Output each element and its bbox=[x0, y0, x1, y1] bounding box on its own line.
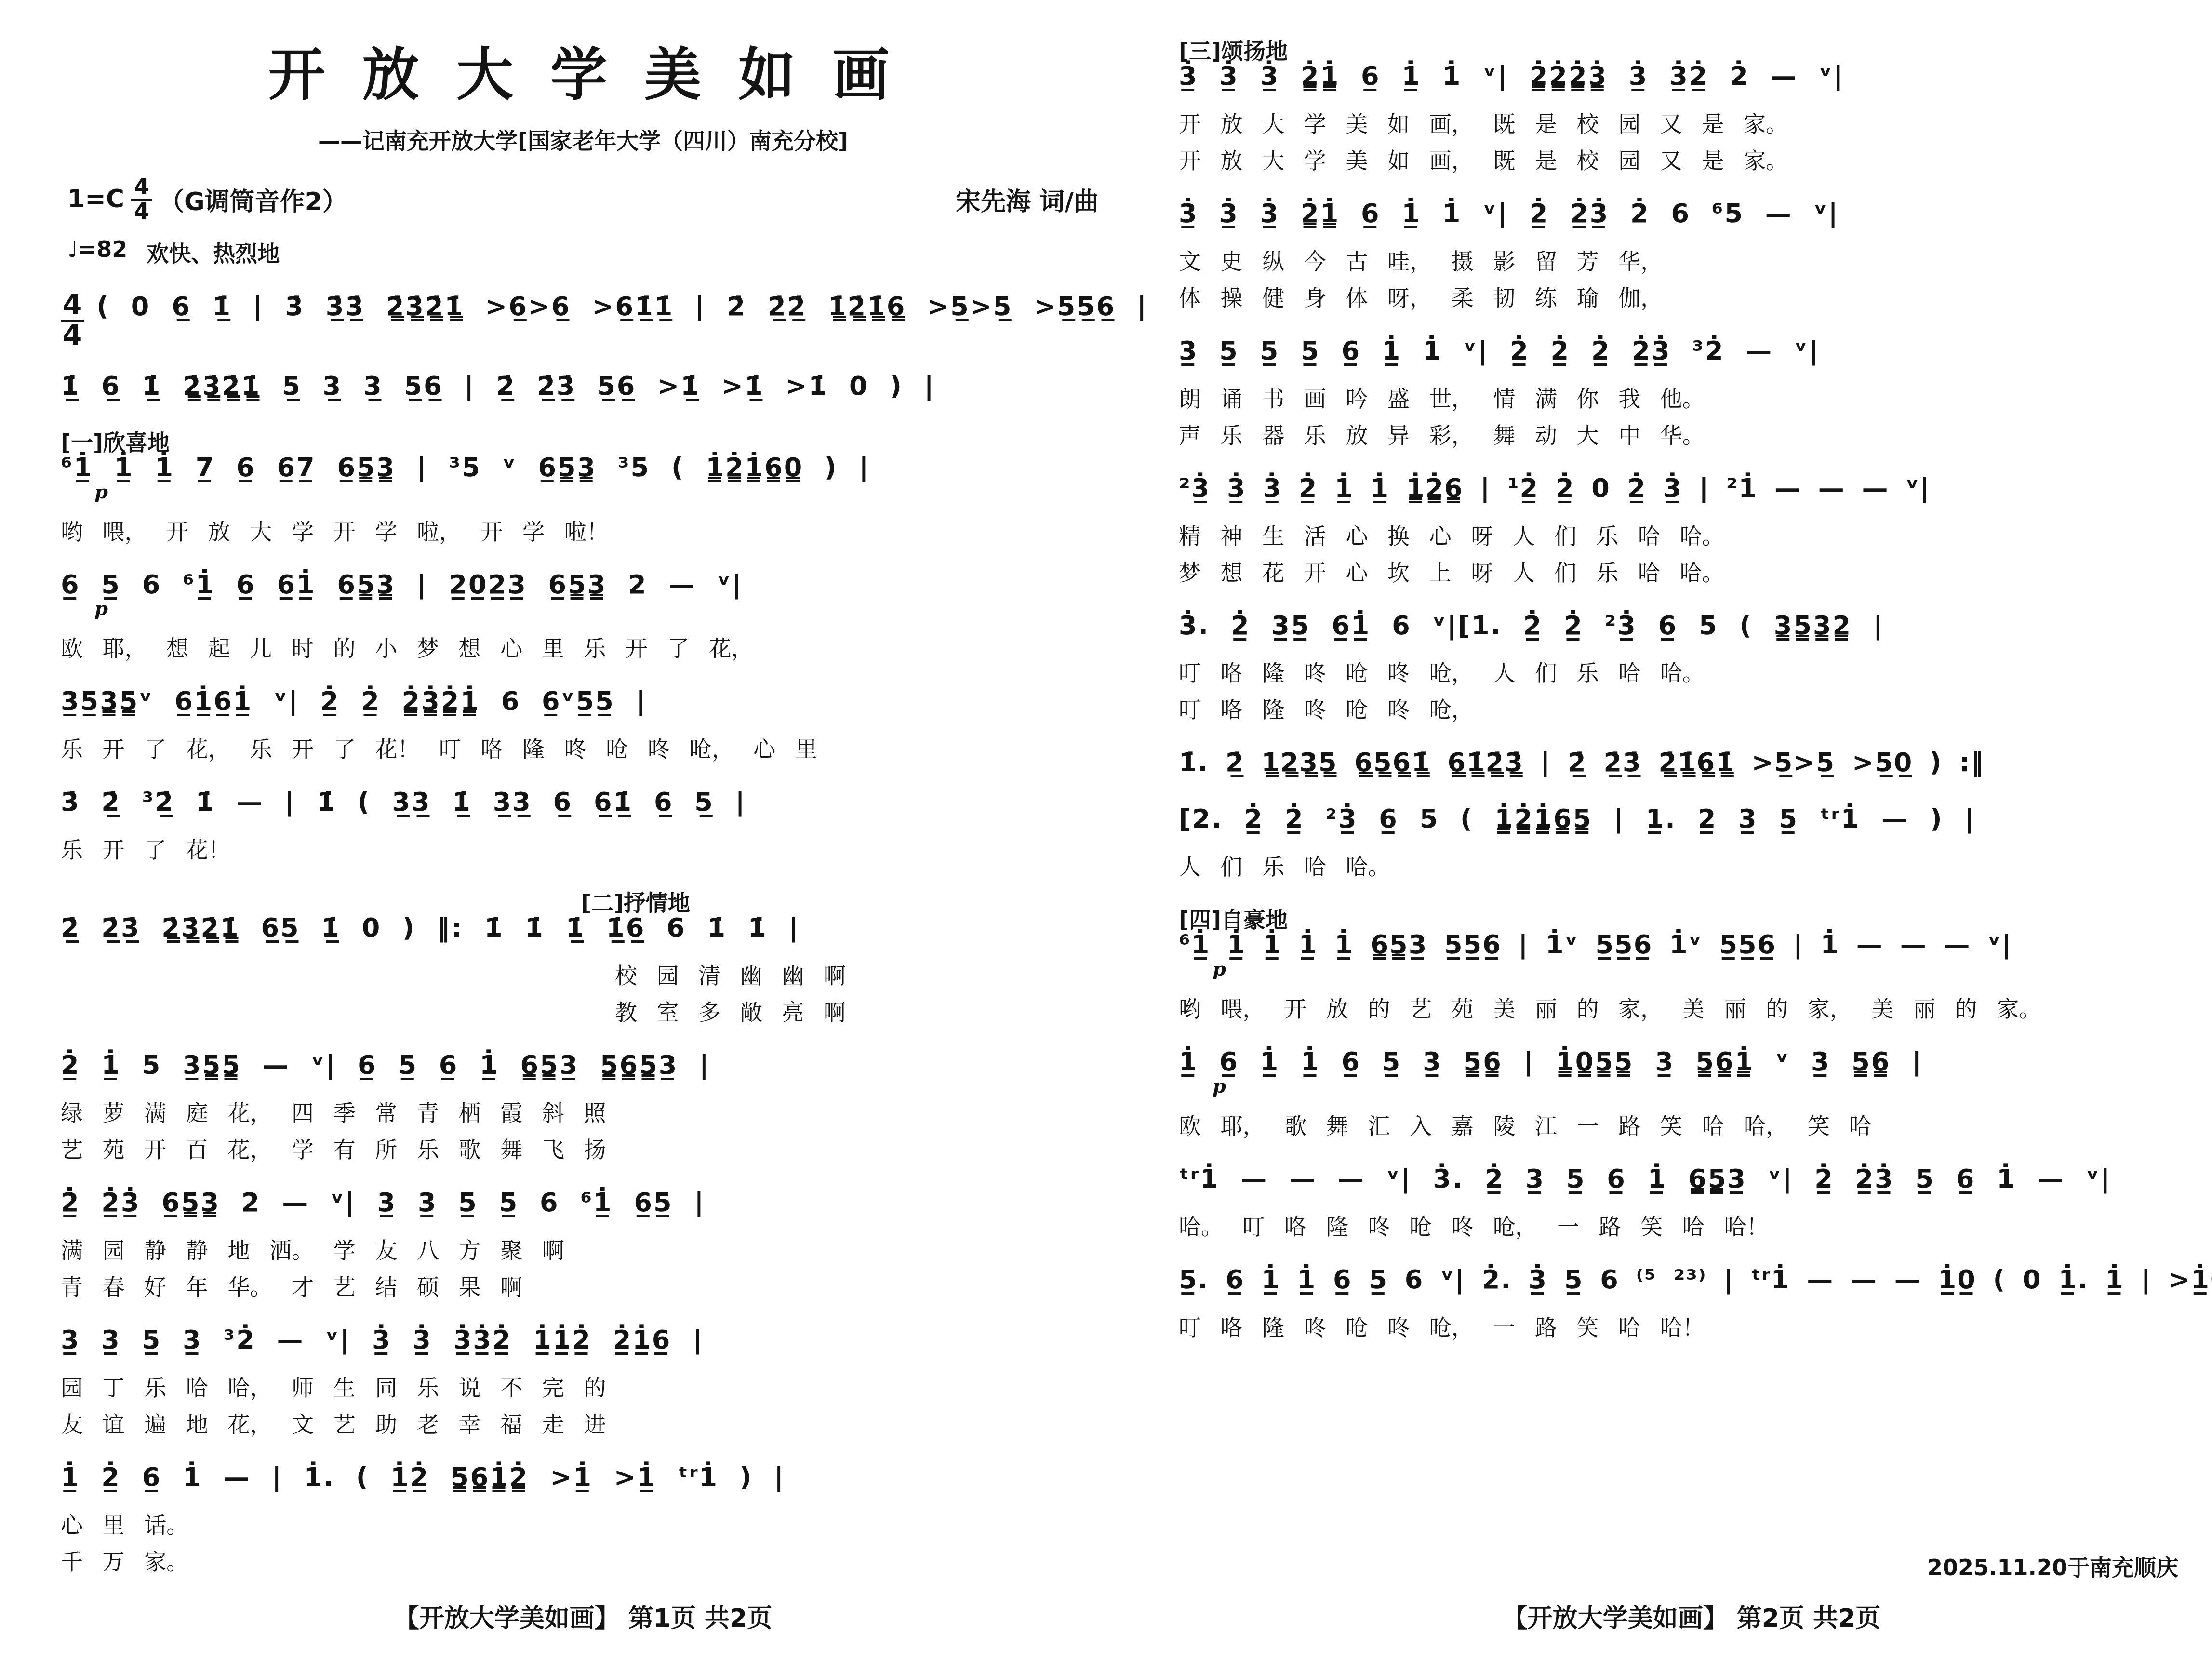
sheet-music-page: 开 放 大 学 美 如 画 ——记南充开放大学[国家老年大学（四川）南充分校] … bbox=[0, 0, 2212, 1659]
notation-line: ( 0 6̲ 1̲̇ | 3̇ 3̲̇3̲̇ 2̳̇3̳̇2̳̇1̳̇ >6̲>… bbox=[96, 289, 1148, 324]
music-system: 5̲. 6̲ 1̲̇ 1̲̇ 6̲ 5̲ 6 ᵛ| 2̇. 3̲̇ 5̲ 6 ⁽… bbox=[1176, 1262, 2207, 1342]
music-system: ²3̲̇ 3̲̇ 3̲̇ 2̲̇ 1̲̇ 1̲̇ 1̳̇2̳̇6̳ | ¹2̲̇… bbox=[1176, 471, 2207, 587]
notation-line: 6̲ 5̲ 6 ⁶1̲̇ 6̲ 6̲1̲̇ 6̲5̳3̳ | 2̲0̲2̲3̲ … bbox=[61, 567, 1106, 602]
music-system: [四]自豪地 ⁶1̲̇ 1̲̇ 1̲̇ 1̲̇ 1̲̇ 6̳5̳3̲ 5̲5̲6… bbox=[1176, 902, 2207, 1023]
music-system: 3̲5̲3̳5̳ᵛ 6̲1̲̇6̲1̲̇ ᵛ| 2̲̇ 2̲̇ 2̳̇3̳̇2̳… bbox=[58, 684, 1108, 763]
notation-line: ²3̲̇ 3̲̇ 3̲̇ 2̲̇ 1̲̇ 1̲̇ 1̳̇2̳̇6̳ | ¹2̲̇… bbox=[1179, 471, 2204, 506]
page-2: [三]颂扬地 3̲̇ 3̲̇ 3̲̇ 2̳̇1̳̇ 6̲ 1̲̇ 1̇ ᵛ| 2… bbox=[1176, 0, 2207, 1659]
lyric-line: 千 万 家。 bbox=[61, 1544, 1106, 1576]
notation-line: ⁶1̲̇ 1̲̇ 1̲̇ 1̲̇ 1̲̇ 6̳5̳3̲ 5̲5̲6̲ | 1̇ᵛ… bbox=[1179, 927, 2204, 963]
music-system: 6̲ 5̲ 6 ⁶1̲̇ 6̲ 6̲1̲̇ 6̲5̳3̳ | 2̲0̲2̲3̲ … bbox=[58, 567, 1108, 663]
notation-line: ᵗʳ1̇ — — — ᵛ| 3̇. 2̲̇ 3̲ 5̲ 6̲ 1̲̇ 6̳5̳3… bbox=[1179, 1162, 2204, 1197]
lyric-line: 声 乐 器 乐 放 异 彩， 舞 动 大 中 华。 bbox=[1179, 418, 2204, 450]
music-system: ᵗʳ1̇ — — — ᵛ| 3̇. 2̲̇ 3̲ 5̲ 6̲ 1̲̇ 6̳5̳3… bbox=[1176, 1162, 2207, 1241]
lyric-line: 欧 耶， 想 起 儿 时 的 小 梦 想 心 里 乐 开 了 花， bbox=[61, 631, 1106, 663]
notation-line: 5̲. 6̲ 1̲̇ 1̲̇ 6̲ 5̲ 6 ᵛ| 2̇. 3̲̇ 5̲ 6 ⁽… bbox=[1179, 1262, 2204, 1298]
notation-line: 2̲̇ 2̲̇3̲̇ 2̳̇3̳̇2̳̇1̳̇ 6̲5̲ 1̲̇ 0 ) ‖: … bbox=[61, 910, 1106, 946]
lyric-line: 满 园 静 静 地 洒。 学 友 八 方 聚 啊 bbox=[61, 1233, 1106, 1265]
music-system: 3̲ 3̲ 5̲ 3̲ ³2̇ — ᵛ| 3̲̇ 3̲̇ 3̲̇3̲̇2̲̇ 1… bbox=[58, 1323, 1108, 1439]
music-system: 3̲̇ 3̲̇ 3̲̇ 2̳̇1̳̇ 6̲ 1̲̇ 1̇ ᵛ| 2̲̇ 2̲̇3… bbox=[1176, 196, 2207, 312]
music-system: [一]欣喜地 ⁶1̲̇ 1̲̇ 1̲̇ 7̲ 6̲ 6̲7̲ 6̲5̳3̳ | … bbox=[58, 425, 1108, 546]
lyric-line: 哟 喂， 开 放 的 艺 苑 美 丽 的 家， 美 丽 的 家， 美 丽 的 家… bbox=[1179, 991, 2204, 1023]
music-system: [2. 2̲̇ 2̲̇ ²3̲̇ 6̲ 5 ( 1̳̇2̳̇1̳̇6̳5̳ | … bbox=[1176, 802, 2207, 881]
lyric-line: 叮 咯 隆 咚 呛 咚 呛， 人 们 乐 哈 哈。 bbox=[1179, 656, 2204, 687]
meta-row: 1=C 4 4 （G调筒音作2） 宋先海 词/曲 bbox=[58, 176, 1108, 222]
dynamic-mark: p bbox=[94, 482, 1106, 502]
lyric-line: 体 操 健 身 体 呀， 柔 韧 练 瑜 伽， bbox=[1179, 281, 2204, 312]
notation-line: 3̲5̲3̳5̳ᵛ 6̲1̲̇6̲1̲̇ ᵛ| 2̲̇ 2̲̇ 2̳̇3̳̇2̳… bbox=[61, 684, 1106, 719]
lyric-line: 欧 耶， 歌 舞 汇 入 嘉 陵 江 一 路 笑 哈 哈， 笑 哈 bbox=[1179, 1109, 2204, 1140]
staff-time-signature: 4 4 bbox=[61, 292, 84, 347]
notation-line: 3̲ 5̲ 5̲ 5̲ 6̲ 1̲̇ 1̇ ᵛ| 2̲̇ 2̲̇ 2̲̇ 2̲̇… bbox=[1179, 334, 2204, 369]
notation-line: 3̲̇ 3̲̇ 3̲̇ 2̳̇1̳̇ 6̲ 1̲̇ 1̇ ᵛ| 2̳̇2̳̇2̳… bbox=[1179, 59, 2204, 94]
notation-line: 3̇ 2̲̇ ³2̲̇ 1̇ — | 1̇ ( 3̲3̲ 1̲̇ 3̲3̲ 6̲… bbox=[61, 785, 1106, 820]
notation-line: 3̲ 3̲ 5̲ 3̲ ³2̇ — ᵛ| 3̲̇ 3̲̇ 3̲̇3̲̇2̲̇ 1… bbox=[61, 1323, 1106, 1358]
music-system: 3̲ 5̲ 5̲ 5̲ 6̲ 1̲̇ 1̇ ᵛ| 2̲̇ 2̲̇ 2̲̇ 2̲̇… bbox=[1176, 334, 2207, 450]
music-system: [二]抒情地 2̲̇ 2̲̇3̲̇ 2̳̇3̳̇2̳̇1̳̇ 6̲5̲ 1̲̇ … bbox=[58, 885, 1108, 1027]
notation-line: 1̲̇ 6̲ 1̲̇ 1̲̇ 6̲ 5̲ 3̲ 5̳6̳ | 1̳̇0̳5̳5̳… bbox=[1179, 1044, 2204, 1080]
dynamic-mark: p bbox=[1213, 1077, 2204, 1096]
music-system: 1̲̇ 2̲̇ 6̲ 1̇ — | 1̇. ( 1̲̇2̲̇ 5̳6̳1̳̇2̳… bbox=[58, 1460, 1108, 1576]
meter-numerator: 4 bbox=[131, 176, 152, 201]
page-footer: 【开放大学美如画】 第2页 共2页 bbox=[1176, 1598, 2207, 1634]
lyric-line: 绿 萝 满 庭 花， 四 季 常 青 栖 霞 斜 照 bbox=[61, 1096, 1106, 1127]
key-label: 1=C bbox=[67, 185, 124, 214]
lyric-line: 校 园 清 幽 幽 啊 bbox=[615, 958, 1106, 990]
dynamic-mark: p bbox=[1213, 960, 2204, 979]
notation-line: 1̲̇ 2̲̇ 6̲ 1̇ — | 1̇. ( 1̲̇2̲̇ 5̳6̳1̳̇2̳… bbox=[61, 1460, 1106, 1495]
music-system: [三]颂扬地 3̲̇ 3̲̇ 3̲̇ 2̳̇1̳̇ 6̲ 1̲̇ 1̇ ᵛ| 2… bbox=[1176, 34, 2207, 175]
music-system: 1̲̇ 6̲ 1̲̇ 1̲̇ 6̲ 5̲ 3̲ 5̳6̳ | 1̳̇0̳5̳5̳… bbox=[1176, 1044, 2207, 1140]
music-system: 4 4 ( 0 6̲ 1̲̇ | 3̇ 3̲̇3̲̇ 2̳̇3̳̇2̳̇1̳̇ … bbox=[58, 289, 1108, 347]
notation-line: 1̇. 2̲̇ 1̳2̳3̳5̳ 6̳5̳6̳1̳̇ 6̳1̳̇2̳̇3̳̇ |… bbox=[1179, 745, 2204, 780]
music-system: 3̇ 2̲̇ ³2̲̇ 1̇ — | 1̇ ( 3̲3̲ 1̲̇ 3̲3̲ 6̲… bbox=[58, 785, 1108, 864]
lyric-line: 精 神 生 活 心 换 心 呀 人 们 乐 哈 哈。 bbox=[1179, 519, 2204, 550]
lyric-line: 友 谊 遍 地 花， 文 艺 助 老 幸 福 走 进 bbox=[61, 1407, 1106, 1439]
lyric-line: 园 丁 乐 哈 哈， 师 生 同 乐 说 不 完 的 bbox=[61, 1370, 1106, 1402]
lyric-line: 青 春 好 年 华。 才 艺 结 硕 果 啊 bbox=[61, 1270, 1106, 1301]
meter-denominator: 4 bbox=[63, 322, 82, 348]
tempo-mark: ♩=82 bbox=[67, 236, 127, 268]
music-system: 2̲̇ 1̲̇ 5 3̲5̳5̳ — ᵛ| 6̲ 5̲ 6̲ 1̲̇ 6̳5̳3… bbox=[58, 1048, 1108, 1164]
music-system: 1̲̇ 6̲ 1̲̇ 2̳̇3̳̇2̳̇1̳̇ 5̲ 3̲ 3̲ 5̲6̲ | … bbox=[58, 369, 1108, 404]
notation-line: 1̲̇ 6̲ 1̲̇ 2̳̇3̳̇2̳̇1̳̇ 5̲ 3̲ 3̲ 5̲6̲ | … bbox=[61, 369, 1106, 404]
music-system: 1̇. 2̲̇ 1̳2̳3̳5̳ 6̳5̳6̳1̳̇ 6̳1̳̇2̳̇3̳̇ |… bbox=[1176, 745, 2207, 780]
notation-line: [2. 2̲̇ 2̲̇ ²3̲̇ 6̲ 5 ( 1̳̇2̳̇1̳̇6̳5̳ | … bbox=[1179, 802, 2204, 837]
lyric-line: 梦 想 花 开 心 坎 上 呀 人 们 乐 哈 哈。 bbox=[1179, 555, 2204, 587]
notation-line: 3̲̇ 3̲̇ 3̲̇ 2̳̇1̳̇ 6̲ 1̲̇ 1̇ ᵛ| 2̲̇ 2̲̇3… bbox=[1179, 196, 2204, 231]
notation-line: 2̲̇ 2̲̇3̲̇ 6̲5̳3̳ 2 — ᵛ| 3̲ 3̲ 5̲ 5̲ 6 ⁶… bbox=[61, 1185, 1106, 1220]
music-system: 2̲̇ 2̲̇3̲̇ 6̲5̳3̳ 2 — ᵛ| 3̲ 3̲ 5̲ 5̲ 6 ⁶… bbox=[58, 1185, 1108, 1301]
music-system: 3̇. 2̲̇ 3̲5̲ 6̲1̲̇ 6 ᵛ|[1. 2̲̇ 2̲̇ ²3̲̇ … bbox=[1176, 608, 2207, 724]
song-subtitle: ——记南充开放大学[国家老年大学（四川）南充分校] bbox=[58, 123, 1108, 155]
lyric-line: 叮 咯 隆 咚 呛 咚 呛， 一 路 笑 哈 哈！ bbox=[1179, 1310, 2204, 1342]
lyric-line: 哟 喂， 开 放 大 学 开 学 啦， 开 学 啦！ bbox=[61, 514, 1106, 546]
lyric-line: 开 放 大 学 美 如 画， 既 是 校 园 又 是 家。 bbox=[1179, 107, 2204, 138]
composer-credit: 宋先海 词/曲 bbox=[956, 181, 1099, 217]
lyric-line: 文 史 纵 今 古 哇， 摄 影 留 芳 华， bbox=[1179, 244, 2204, 276]
dynamic-mark: p bbox=[94, 599, 1106, 618]
notation-line: 3̇. 2̲̇ 3̲5̲ 6̲1̲̇ 6 ᵛ|[1. 2̲̇ 2̲̇ ²3̲̇ … bbox=[1179, 608, 2204, 643]
lyric-line: 乐 开 了 花， 乐 开 了 花！ 叮 咯 隆 咚 呛 咚 呛， 心 里 bbox=[61, 732, 1106, 763]
lyric-line: 朗 诵 书 画 吟 盛 世， 情 满 你 我 他。 bbox=[1179, 381, 2204, 413]
meter-denominator: 4 bbox=[134, 201, 149, 222]
lyric-line: 人 们 乐 哈 哈。 bbox=[1179, 849, 2204, 881]
key-signature: 1=C 4 4 （G调筒音作2） bbox=[67, 176, 347, 222]
page-footer: 【开放大学美如画】 第1页 共2页 bbox=[58, 1598, 1108, 1634]
lyric-line: 开 放 大 学 美 如 画， 既 是 校 园 又 是 家。 bbox=[1179, 143, 2204, 175]
lyric-line: 心 里 话。 bbox=[61, 1508, 1106, 1539]
lyric-line: 教 室 多 敞 亮 啊 bbox=[615, 995, 1106, 1027]
notation-row: 4 4 ( 0 6̲ 1̲̇ | 3̇ 3̲̇3̲̇ 2̳̇3̳̇2̳̇1̳̇ … bbox=[61, 289, 1106, 347]
time-signature: 4 4 bbox=[131, 176, 152, 222]
meter-numerator: 4 bbox=[61, 292, 84, 322]
notation-line: ⁶1̲̇ 1̲̇ 1̲̇ 7̲ 6̲ 6̲7̲ 6̲5̳3̳ | ³5 ᵛ 6̲… bbox=[61, 450, 1106, 485]
date-mark: 2025.11.20于南充顺庆 bbox=[1927, 1550, 2178, 1582]
lyric-line: 艺 苑 开 百 花， 学 有 所 乐 歌 舞 飞 扬 bbox=[61, 1132, 1106, 1164]
lyric-line: 哈。 叮 咯 隆 咚 呛 咚 呛， 一 路 笑 哈 哈！ bbox=[1179, 1209, 2204, 1241]
notation-line: 2̲̇ 1̲̇ 5 3̲5̳5̳ — ᵛ| 6̲ 5̲ 6̲ 1̲̇ 6̳5̳3… bbox=[61, 1048, 1106, 1083]
lyric-line: 叮 咯 隆 咚 呛 咚 呛， bbox=[1179, 692, 2204, 724]
mode-note: （G调筒音作2） bbox=[159, 181, 347, 217]
lyric-line: 乐 开 了 花！ bbox=[61, 832, 1106, 864]
page-1: 开 放 大 学 美 如 画 ——记南充开放大学[国家老年大学（四川）南充分校] … bbox=[58, 0, 1108, 1659]
tempo-row: ♩=82 欢快、热烈地 bbox=[58, 236, 1108, 268]
song-title: 开 放 大 学 美 如 画 bbox=[58, 29, 1108, 111]
tempo-description: 欢快、热烈地 bbox=[147, 236, 280, 268]
